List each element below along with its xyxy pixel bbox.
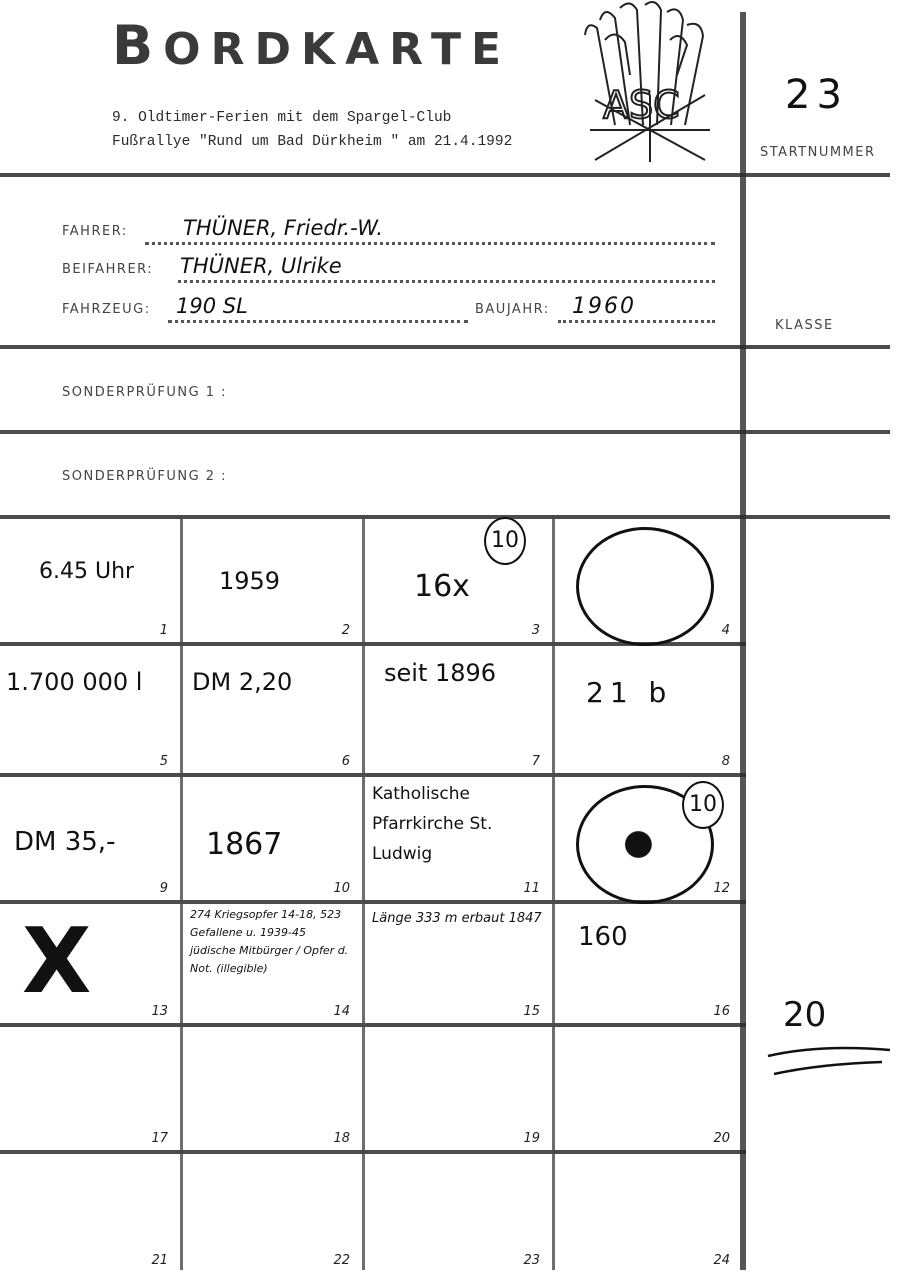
answer-value: 21 b <box>586 676 672 709</box>
answer-number: 12 <box>713 881 730 896</box>
score-circle: 10 <box>682 781 724 829</box>
asparagus-bundle-logo: ASC <box>575 0 725 165</box>
answer-number: 18 <box>333 1131 350 1146</box>
title-initial: B <box>112 14 163 77</box>
answer-cell-3[interactable]: 16x103 <box>366 519 550 640</box>
answer-value: 6.45 Uhr <box>39 559 134 584</box>
grid-col-divider <box>552 515 555 1270</box>
year-value: 1960 <box>572 294 636 319</box>
answer-cell-2[interactable]: 19592 <box>184 519 360 640</box>
driver-field[interactable]: THÜNER, Friedr.-W. <box>145 220 715 245</box>
answer-number: 4 <box>722 623 730 638</box>
answer-number: 22 <box>333 1253 350 1268</box>
title-rest: ORDKARTE <box>163 24 511 75</box>
answer-value: DM 35,- <box>14 827 115 857</box>
score-circle: 10 <box>484 517 526 565</box>
divider-sp1 <box>0 430 890 434</box>
special-test-2-label: Sonderprüfung 2 : <box>62 469 227 484</box>
answer-cell-8[interactable]: 21 b8 <box>556 646 740 771</box>
driver-value: THÜNER, Friedr.-W. <box>183 216 383 240</box>
answer-cell-10[interactable]: 186710 <box>184 777 360 898</box>
vehicle-label: Fahrzeug: <box>62 302 151 317</box>
year-field[interactable]: 1960 <box>558 298 715 323</box>
answer-cell-6[interactable]: DM 2,206 <box>184 646 360 771</box>
answer-cell-18[interactable]: 18 <box>184 1027 360 1148</box>
answer-number: 8 <box>722 754 730 769</box>
class-label: Klasse <box>775 318 834 333</box>
answer-number: 1 <box>160 623 168 638</box>
answer-number: 19 <box>523 1131 540 1146</box>
answer-cell-1[interactable]: 6.45 Uhr1 <box>4 519 178 640</box>
stamp-drawing-icon <box>576 527 714 646</box>
answer-value: 274 Kriegsopfer 14-18, 523 Gefallene u. … <box>190 906 355 978</box>
answer-value: 160 <box>578 922 628 952</box>
driver-label: Fahrer: <box>62 224 128 239</box>
answer-number: 11 <box>523 881 540 896</box>
answer-value: Länge 333 m erbaut 1847 <box>372 908 542 930</box>
year-label: Baujahr: <box>475 302 550 317</box>
codriver-label: Beifahrer: <box>62 262 153 277</box>
answer-cell-16[interactable]: 16016 <box>556 904 740 1021</box>
answer-number: 7 <box>532 754 540 769</box>
answer-cell-23[interactable]: 23 <box>366 1154 550 1270</box>
subtitle-line-2: Fußrallye "Rund um Bad Dürkheim " am 21.… <box>112 130 512 154</box>
answer-number: 2 <box>342 623 350 638</box>
answer-value: seit 1896 <box>384 656 524 690</box>
answer-number: 14 <box>333 1004 350 1019</box>
answer-cell-7[interactable]: seit 18967 <box>366 646 550 771</box>
answer-number: 16 <box>713 1004 730 1019</box>
answer-number: 3 <box>532 623 540 638</box>
answer-cell-17[interactable]: 17 <box>4 1027 178 1148</box>
divider-participants <box>0 345 890 349</box>
start-number-label: Startnummer <box>760 145 876 160</box>
answer-number: 15 <box>523 1004 540 1019</box>
answer-cell-11[interactable]: Katholische Pfarrkirche St. Ludwig11 <box>366 777 550 898</box>
grid-col-divider <box>362 515 365 1270</box>
answer-cell-13[interactable]: X13 <box>4 904 178 1021</box>
answer-cell-5[interactable]: 1.700 000 l5 <box>4 646 178 771</box>
answer-number: 9 <box>160 881 168 896</box>
start-number: 23 <box>785 72 848 118</box>
special-test-1-label: Sonderprüfung 1 : <box>62 385 227 400</box>
answer-cell-15[interactable]: Länge 333 m erbaut 184715 <box>366 904 550 1021</box>
answer-number: 6 <box>342 754 350 769</box>
right-panel-divider <box>740 12 746 1270</box>
answer-number: 10 <box>333 881 350 896</box>
answer-cell-14[interactable]: 274 Kriegsopfer 14-18, 523 Gefallene u. … <box>184 904 360 1021</box>
answer-number: 23 <box>523 1253 540 1268</box>
answer-cell-12[interactable]: 1012 <box>556 777 740 898</box>
grid-col-divider <box>180 515 183 1270</box>
answer-cell-9[interactable]: DM 35,-9 <box>4 777 178 898</box>
answer-cell-22[interactable]: 22 <box>184 1154 360 1270</box>
total-score: 20 <box>783 995 826 1035</box>
answer-number: 20 <box>713 1131 730 1146</box>
divider-header <box>0 173 890 177</box>
answer-cell-24[interactable]: 24 <box>556 1154 740 1270</box>
answer-value: 1867 <box>206 827 282 862</box>
answer-cell-20[interactable]: 20 <box>556 1027 740 1148</box>
answer-value: 1959 <box>219 567 280 595</box>
answer-value: X <box>22 912 91 1012</box>
document-title: BORDKARTE <box>112 14 511 77</box>
answer-number: 5 <box>160 754 168 769</box>
codriver-field[interactable]: THÜNER, Ulrike <box>178 258 715 283</box>
answer-cell-21[interactable]: 21 <box>4 1154 178 1270</box>
svg-text:ASC: ASC <box>603 83 680 127</box>
codriver-value: THÜNER, Ulrike <box>180 254 342 278</box>
answer-number: 17 <box>151 1131 168 1146</box>
subtitle-line-1: 9. Oldtimer-Ferien mit dem Spargel-Club <box>112 106 512 130</box>
answer-value: 1.700 000 l <box>6 668 142 696</box>
answer-value: 16x <box>414 569 470 604</box>
answer-cell-4[interactable]: 4 <box>556 519 740 640</box>
vehicle-field[interactable]: 190 SL <box>168 298 468 323</box>
double-underline-icon <box>760 1040 910 1090</box>
answer-value: DM 2,20 <box>192 668 292 696</box>
answer-cell-19[interactable]: 19 <box>366 1027 550 1148</box>
answer-value: Katholische Pfarrkirche St. Ludwig <box>372 779 547 869</box>
answer-number: 24 <box>713 1253 730 1268</box>
vehicle-value: 190 SL <box>176 294 248 318</box>
event-subtitle: 9. Oldtimer-Ferien mit dem Spargel-Club … <box>112 106 512 154</box>
answer-number: 21 <box>151 1253 168 1268</box>
answer-number: 13 <box>151 1004 168 1019</box>
